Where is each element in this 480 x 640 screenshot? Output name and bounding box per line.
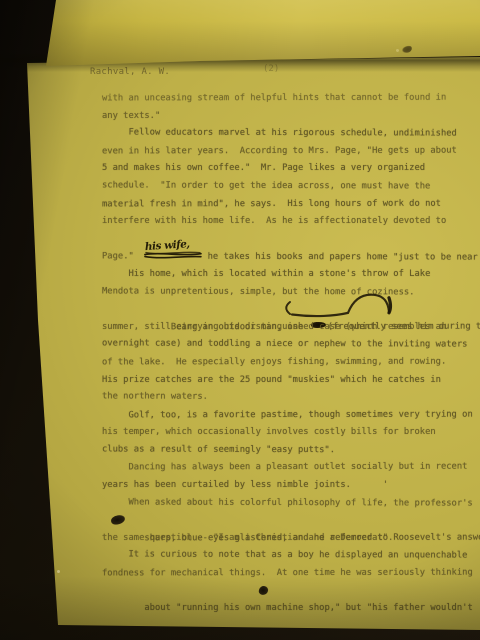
page-number: (2) bbox=[263, 64, 279, 74]
text-line: even in his later years. According to Mr… bbox=[102, 142, 480, 160]
text-line: years has been curtailed by less nimble … bbox=[102, 477, 480, 495]
text-line: the northern waters. bbox=[102, 389, 480, 408]
text-line-with-correction: his wife, he takes his books and papers … bbox=[102, 230, 480, 249]
dust-speck bbox=[57, 570, 60, 573]
ink-blot bbox=[258, 585, 269, 596]
text-line: about "running his own machine shop," bu… bbox=[144, 603, 472, 613]
ink-blot bbox=[110, 515, 125, 526]
text-line: summer, still carrying his distinguished… bbox=[102, 319, 480, 337]
text-line: Mendota is unpretentious, simple, but th… bbox=[102, 283, 480, 302]
text-line: of the lake. He especially enjoys fishin… bbox=[102, 354, 480, 372]
text-line: interfere with his home life. As he is a… bbox=[102, 213, 480, 231]
text-line: Page." bbox=[102, 248, 480, 266]
text-line: It is curious to note that as a boy he d… bbox=[102, 547, 480, 566]
text-line: the same question -- "I am a Christian a… bbox=[102, 530, 480, 548]
text-line-with-blot: about "running his own machine shop," bu… bbox=[102, 583, 480, 601]
text-line: Fellow educators marvel at his rigorous … bbox=[102, 125, 480, 144]
text-line: clubs as a result of seemingly "easy put… bbox=[102, 441, 480, 460]
author-name: Rachval, A. W. bbox=[90, 67, 170, 77]
text-line-with-blot: sharp, blue eyes glistened, and he refer… bbox=[102, 512, 480, 530]
text-line: Golf, too, is a favorite pastime, though… bbox=[102, 406, 480, 424]
text-line: 5 and makes his own coffee." Mr. Page li… bbox=[102, 160, 480, 178]
document-page: Rachval, A. W. (2) with an unceasing str… bbox=[0, 0, 480, 640]
text-line-with-edit-mark: Being an outdoor man, one (frequently se… bbox=[102, 301, 480, 319]
photo-of-typewritten-page: Rachval, A. W. (2) with an unceasing str… bbox=[0, 0, 480, 640]
text-line: schedule. "In order to get the idea acro… bbox=[102, 177, 480, 196]
text-line: his temper, which occasionally involves … bbox=[102, 424, 480, 442]
text-line: material fresh in mind", he says. His lo… bbox=[102, 195, 480, 213]
text-line: with an unceasing stream of helpful hint… bbox=[102, 90, 480, 108]
text-line: When asked about his colorful philosophy… bbox=[102, 494, 480, 513]
text-line: any texts." bbox=[102, 108, 480, 126]
text-line: fondness for mechanical things. At one t… bbox=[102, 565, 480, 583]
text-line: His prize catches are the 25 pound "musk… bbox=[102, 372, 480, 390]
text-line: Dancing has always been a pleasant outle… bbox=[102, 459, 480, 477]
text-line: His home, which is located within a ston… bbox=[102, 266, 480, 284]
text-line: overnight case) and toddling a niece or … bbox=[102, 336, 480, 355]
typewritten-text: with an unceasing stream of helpful hint… bbox=[102, 90, 480, 600]
